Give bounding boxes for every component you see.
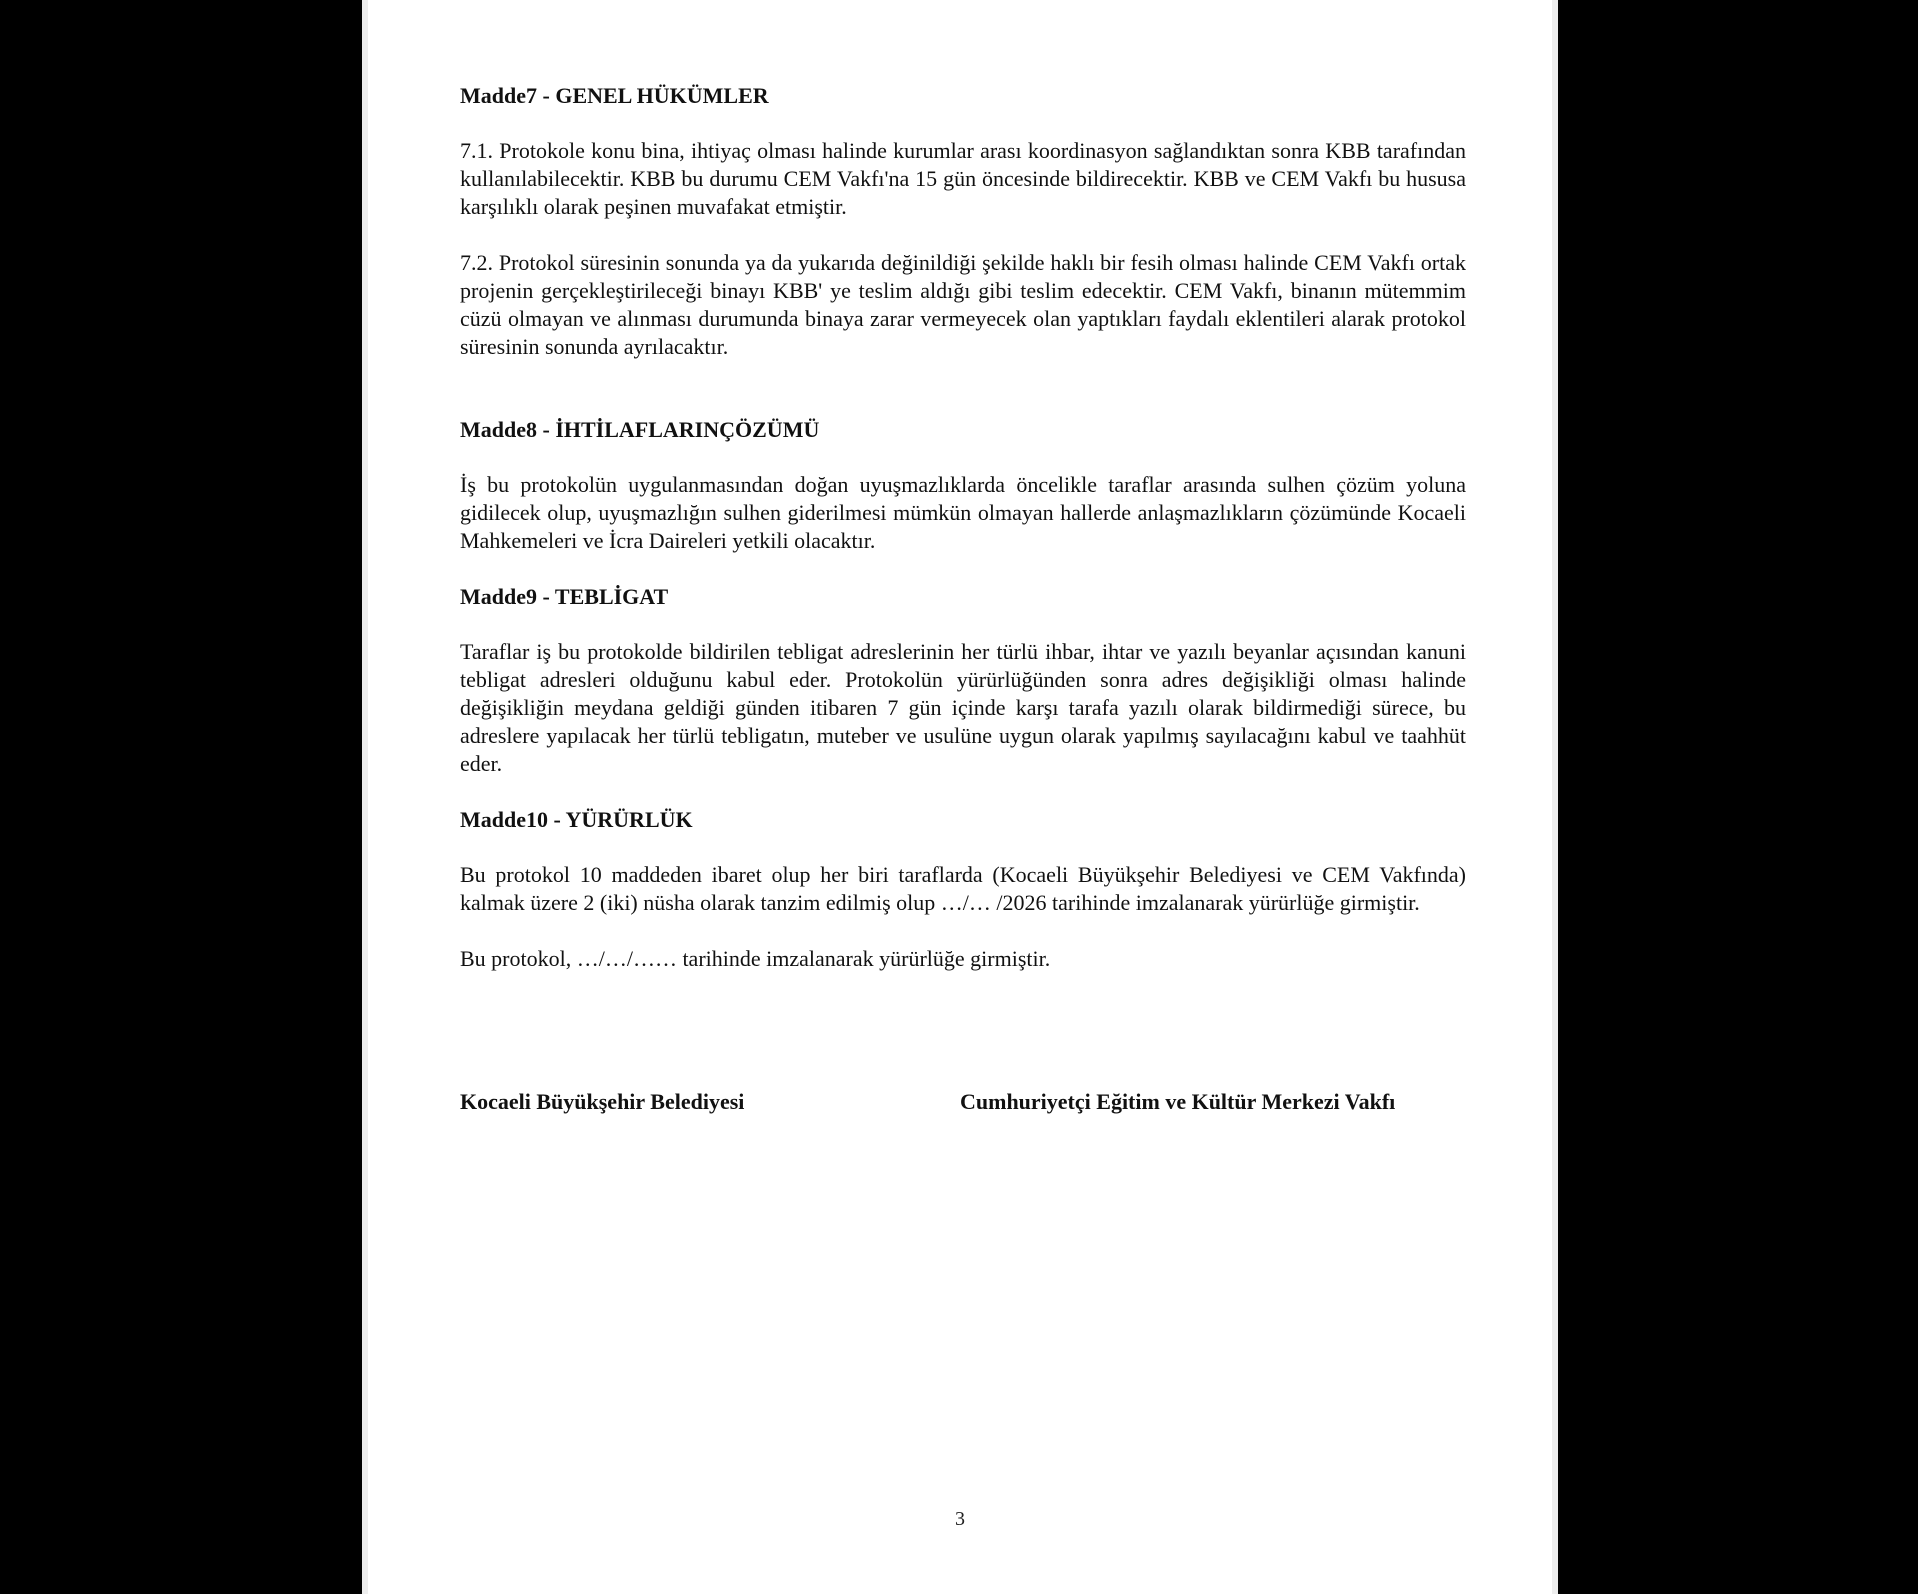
document-page: Madde7 - GENEL HÜKÜMLER 7.1. Protokole k… [362,0,1558,1594]
page-number: 3 [368,1508,1552,1531]
paragraph-7-2: 7.2. Protokol süresinin sonunda ya da yu… [460,249,1466,361]
section-madde10: Madde10 - YÜRÜRLÜK Bu protokol 10 madded… [460,806,1466,973]
paragraph-madde9: Taraflar iş bu protokolde bildirilen teb… [460,638,1466,778]
document-viewer: Madde7 - GENEL HÜKÜMLER 7.1. Protokole k… [0,0,1918,1594]
paragraph-madde8: İş bu protokolün uygulanmasından doğan u… [460,471,1466,555]
paragraph-effective-date: Bu protokol, …/…/…… tarihinde imzalanara… [460,945,1466,973]
paragraph-7-1: 7.1. Protokole konu bina, ihtiyaç olması… [460,137,1466,221]
section-heading: Madde8 - İHTİLAFLARINÇÖZÜMÜ [460,416,1466,444]
section-madde8: Madde8 - İHTİLAFLARINÇÖZÜMÜ İş bu protok… [460,416,1466,555]
section-heading: Madde7 - GENEL HÜKÜMLER [460,82,1466,110]
section-heading: Madde9 - TEBLİGAT [460,583,1466,611]
section-madde9: Madde9 - TEBLİGAT Taraflar iş bu protoko… [460,583,1466,778]
page-content: Madde7 - GENEL HÜKÜMLER 7.1. Protokole k… [460,82,1466,973]
signature-party-kbb: Kocaeli Büyükşehir Belediyesi [460,1088,744,1116]
signature-party-cem-vakfi: Cumhuriyetçi Eğitim ve Kültür Merkezi Va… [960,1088,1395,1116]
paragraph-madde10: Bu protokol 10 maddeden ibaret olup her … [460,861,1466,917]
section-heading: Madde10 - YÜRÜRLÜK [460,806,1466,834]
section-madde7: Madde7 - GENEL HÜKÜMLER 7.1. Protokole k… [460,82,1466,361]
